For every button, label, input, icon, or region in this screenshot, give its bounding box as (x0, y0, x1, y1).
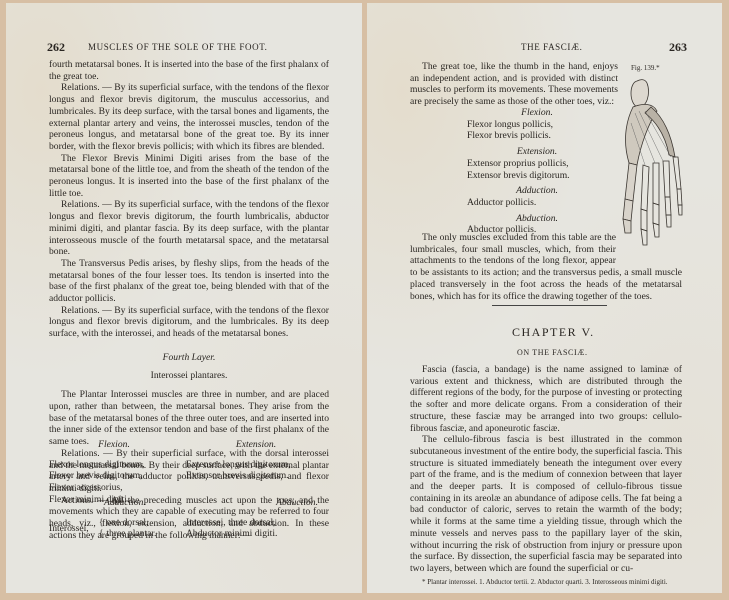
paragraph: Relations. — By its superficial surface,… (49, 82, 329, 152)
list-item: Flexor longus digitorum, (49, 459, 179, 471)
extension-group: Extension. Extensor longus digitorum, Ex… (186, 439, 326, 482)
paragraph: Relations. — By its superficial surface,… (49, 305, 329, 340)
paragraph: The Transversus Pedis arises, by fleshy … (49, 258, 329, 305)
paragraph: The only muscles excluded from this tabl… (410, 232, 682, 302)
great-toe-groups: Flexion. Flexor longus pollicis, Flexor … (467, 107, 607, 236)
group-heading: Abduction. (467, 213, 607, 225)
list-item: Flexor accessorius, (49, 482, 179, 494)
paragraph: The cellulo-fibrous fascia is best illus… (410, 434, 682, 574)
group-heading: Extension. (467, 146, 607, 158)
page-number: 262 (47, 40, 65, 55)
intro-text: The great toe, like the thumb in the han… (410, 61, 618, 108)
abduction-group: Abduction. Interossei, three dorsal, Abd… (186, 497, 326, 540)
flexion-group: Flexion. Flexor longus digitorum, Flexor… (49, 439, 179, 506)
list-item: Flexor brevis digitorum, (49, 470, 179, 482)
footnote: * Plantar interossei. 1. Abductor tertii… (410, 578, 682, 587)
flexion-group: Flexion. Flexor longus pollicis, Flexor … (467, 107, 607, 142)
adduction-group: Adduction. Adductor pollicis. (467, 185, 607, 208)
list-item: Flexor brevis pollicis. (467, 130, 607, 142)
chapter-title: CHAPTER V. (512, 325, 595, 340)
extension-heading: Extension. (186, 439, 326, 451)
flexion-heading: Flexion. (49, 439, 179, 451)
closing-text: The only muscles excluded from this tabl… (410, 232, 682, 302)
chapter-text: Fascia (fascia, a bandage) is the name a… (410, 364, 682, 587)
paragraph: Fascia (fascia, a bandage) is the name a… (410, 364, 682, 434)
paragraph: The Flexor Brevis Minimi Digiti arises f… (49, 153, 329, 200)
list-item: Interossei, three dorsal, (186, 517, 326, 529)
list-item: three plantar. (106, 528, 156, 540)
interossei-label: Interossei, (49, 523, 99, 535)
figure-wrap-spacer (616, 232, 682, 267)
left-page: 262 MUSCLES OF THE SOLE OF THE FOOT. fou… (6, 3, 362, 593)
section-heading: Fourth Layer. (49, 352, 329, 364)
list-item: Adductor pollicis. (467, 197, 607, 209)
list-item: Abductor minimi digiti. (186, 528, 326, 540)
list-item: Extensor proprius pollicis, (467, 158, 607, 170)
running-head: THE FASCIÆ. (521, 42, 582, 52)
brace-icon: {{ (99, 517, 103, 539)
list-item: Extensor brevis digitorum. (186, 470, 326, 482)
paragraph: fourth metatarsal bones. It is inserted … (49, 59, 329, 82)
adduction-group: Adduction. Interossei, {{ one dorsal, th… (49, 497, 189, 540)
foot-skeleton-illustration (615, 73, 690, 253)
section-divider (492, 305, 607, 306)
running-head: MUSCLES OF THE SOLE OF THE FOOT. (88, 42, 267, 52)
abduction-heading: Abduction. (186, 497, 326, 509)
list-item: Extensor longus digitorum, (186, 459, 326, 471)
adduction-heading: Adduction. (49, 497, 189, 509)
section-subheading: Interossei plantares. (49, 370, 329, 382)
right-page: THE FASCIÆ. 263 The great toe, like the … (367, 3, 722, 593)
list-item: Extensor brevis digitorum. (467, 170, 607, 182)
figure-label: Fig. 139.* (631, 64, 660, 72)
paragraph: The great toe, like the thumb in the han… (410, 61, 618, 108)
list-item: one dorsal, (106, 517, 156, 529)
extension-group: Extension. Extensor proprius pollicis, E… (467, 146, 607, 181)
group-heading: Adduction. (467, 185, 607, 197)
paragraph: Relations. — By its superficial surface,… (49, 199, 329, 258)
group-heading: Flexion. (467, 107, 607, 119)
list-item: Flexor longus pollicis, (467, 119, 607, 131)
page-number: 263 (669, 40, 687, 55)
chapter-subtitle: ON THE FASCIÆ. (517, 348, 588, 357)
